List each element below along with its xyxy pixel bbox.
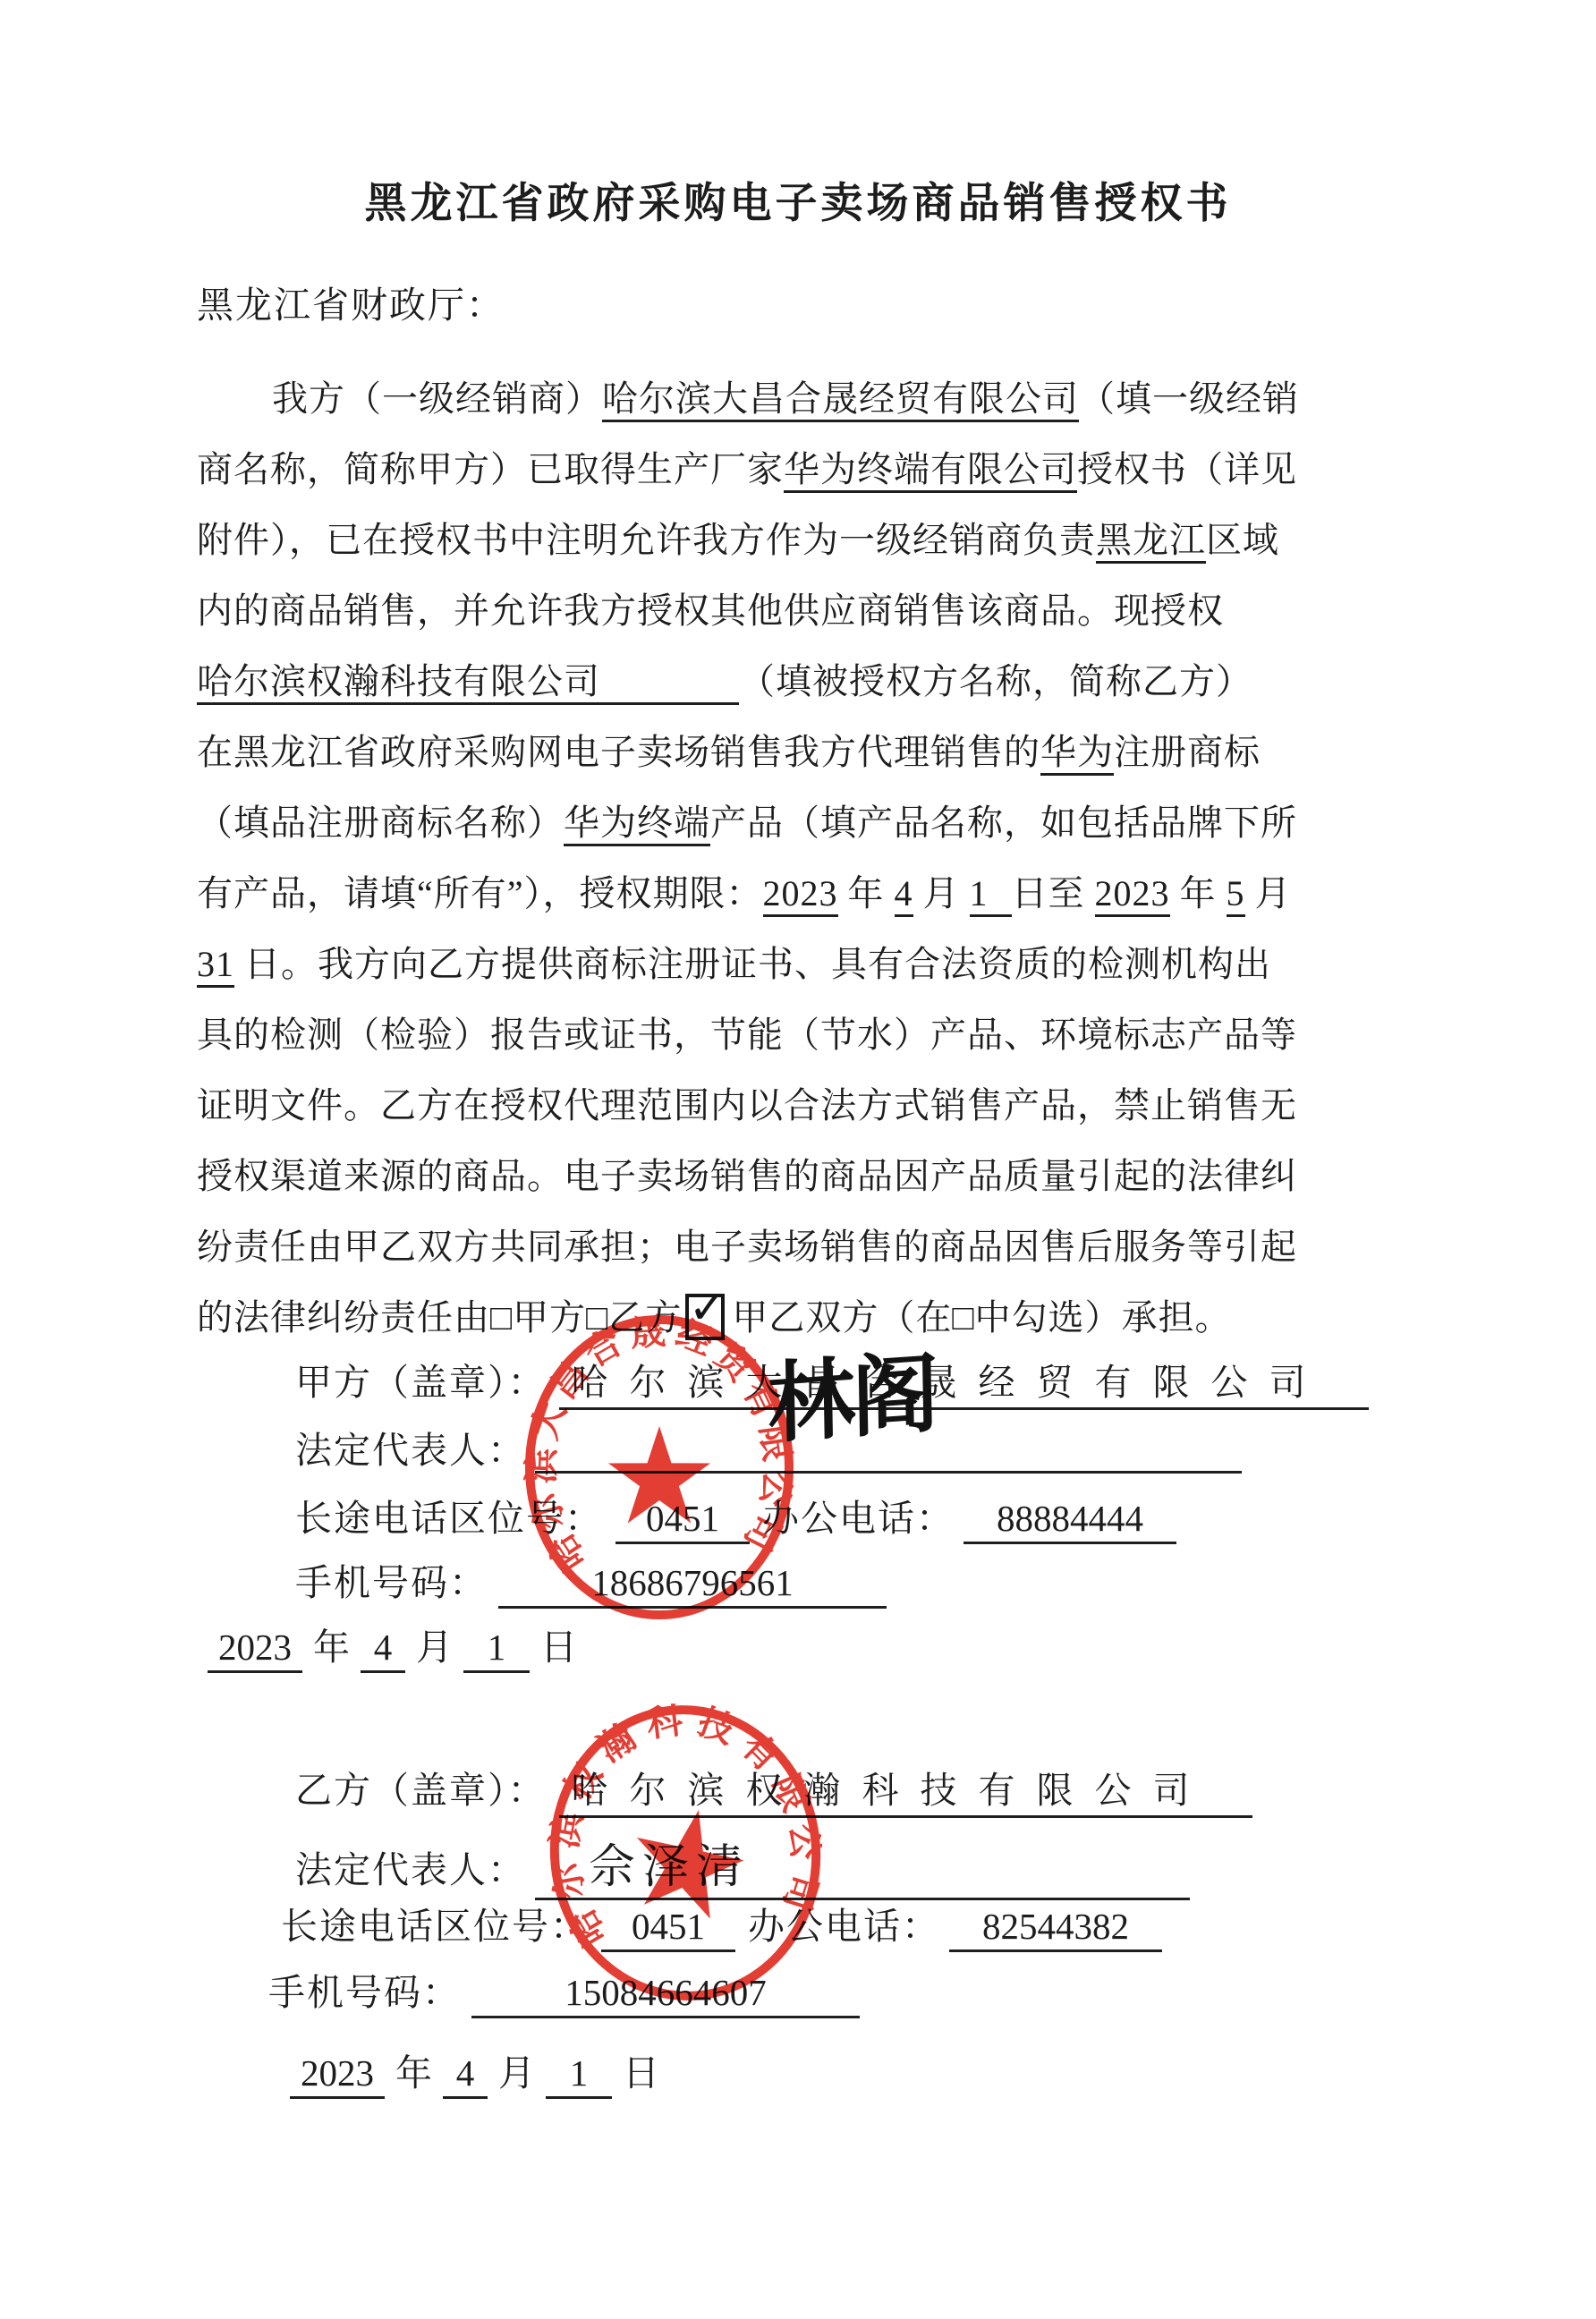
underlined-field: 华为	[1040, 732, 1114, 776]
party-b-seal-label: 乙方（盖章）：	[295, 1770, 547, 1811]
body-line: 有产品，请填“所有”），授权期限：2023 年 4 月 1日至 2023 年 5…	[197, 858, 1413, 929]
body-line: 授权渠道来源的商品。电子卖场销售的商品因产品质量引起的法律纠	[197, 1141, 1413, 1211]
day-unit: 日	[623, 2052, 659, 2094]
body-line: 附件），已在授权书中注明允许我方作为一级经销商负责黑龙江区域	[197, 505, 1413, 575]
month-unit: 月	[416, 1627, 453, 1668]
body-line: 内的商品销售，并允许我方授权其他供应商销售该商品。现授权	[197, 575, 1413, 646]
underlined-field: 2023	[763, 873, 838, 917]
body-line: 的法律纠纷责任由□甲方□乙方✓甲乙双方（在□中勾选）承担。	[197, 1282, 1413, 1353]
text-run: 纷责任由甲乙双方共同承担；电子卖场销售的商品因售后服务等引起	[197, 1227, 1297, 1267]
text-run: 年	[1170, 873, 1227, 913]
day-unit: 日	[540, 1627, 577, 1668]
party-a-office-phone-field: 88884444	[964, 1497, 1176, 1544]
text-run: 月	[913, 873, 970, 913]
party-b-rep-label: 法定代表人：	[295, 1849, 526, 1890]
text-run: 具的检测（检验）报告或证书，节能（节水）产品、环境标志产品等	[197, 1015, 1297, 1055]
text-run: 注册商标	[1114, 732, 1261, 772]
document-title: 黑龙江省政府采购电子卖场商品销售授权书	[0, 170, 1596, 230]
underlined-field: 5	[1227, 873, 1245, 917]
body-line: 哈尔滨权瀚科技有限公司（填被授权方名称，简称乙方）	[197, 646, 1413, 717]
body-line: 证明文件。乙方在授权代理范围内以合法方式销售产品，禁止销售无	[197, 1070, 1413, 1141]
party-a-mobile-label: 手机号码：	[295, 1562, 488, 1603]
text-run: 月	[1245, 873, 1292, 913]
party-b-seal-text: 哈尔滨权瀚科技有限公司	[530, 1686, 835, 1956]
party-a-seal-stamp: 哈尔滨大昌合晟经贸有限公司	[516, 1304, 802, 1627]
party-a-seal-label: 甲方（盖章）：	[295, 1362, 547, 1403]
underlined-field: 黑龙江	[1096, 520, 1206, 564]
body-line: 我方（一级经销商）哈尔滨大昌合晟经贸有限公司（填一级经销	[197, 363, 1413, 434]
year-unit: 年	[313, 1627, 350, 1668]
text-run: 附件），已在授权书中注明允许我方作为一级经销商负责	[197, 520, 1096, 560]
document-page: 黑龙江省政府采购电子卖场商品销售授权书 黑龙江省财政厅： 我方（一级经销商）哈尔…	[0, 0, 1596, 2319]
text-run: （填被授权方名称，简称乙方）	[739, 661, 1252, 701]
underlined-field: 1	[970, 873, 1012, 917]
body-lines: 我方（一级经销商）哈尔滨大昌合晟经贸有限公司（填一级经销商名称，简称甲方）已取得…	[197, 363, 1413, 1353]
text-run: 甲乙双方（在□中勾选）承担。	[732, 1297, 1231, 1338]
underlined-field: 哈尔滨权瀚科技有限公司	[197, 661, 739, 705]
addressee: 黑龙江省财政厅：	[197, 276, 505, 328]
party-b-date-row: 2023年4月1日	[290, 2043, 670, 2099]
text-run: 授权书（详见	[1077, 449, 1297, 489]
body-line: 纷责任由甲乙双方共同承担；电子卖场销售的商品因售后服务等引起	[197, 1211, 1413, 1282]
underlined-field: 4	[895, 873, 913, 917]
party-b-seal-stamp: 哈尔滨权瀚科技有限公司	[527, 1682, 845, 2024]
text-run: 年	[838, 873, 895, 913]
body-line: （填品注册商标名称）华为终端产品（填产品名称，如包括品牌下所	[197, 787, 1413, 858]
star-icon	[624, 1798, 752, 1923]
text-run: 商名称，简称甲方）已取得生产厂家	[197, 449, 784, 489]
year-unit: 年	[395, 2052, 432, 2094]
underlined-field: 2023	[1095, 873, 1170, 917]
underlined-field: 华为终端有限公司	[784, 449, 1077, 493]
text-run: 在黑龙江省政府采购网电子卖场销售我方代理销售的	[197, 732, 1040, 772]
underlined-field: 31	[197, 944, 234, 988]
party-a-date-year: 2023	[208, 1626, 302, 1673]
party-b-date-day: 1	[546, 2051, 612, 2099]
month-unit: 月	[498, 2052, 535, 2094]
text-run: 有产品，请填“所有”），授权期限：	[197, 873, 763, 913]
body-line: 31 日。我方向乙方提供商标注册证书、具有合法资质的检测机构出	[197, 929, 1413, 999]
text-run: 日。我方向乙方提供商标注册证书、具有合法资质的检测机构出	[234, 944, 1271, 984]
text-run: 证明文件。乙方在授权代理范围内以合法方式销售产品，禁止销售无	[197, 1085, 1297, 1126]
body-line: 具的检测（检验）报告或证书，节能（节水）产品、环境标志产品等	[197, 999, 1413, 1070]
underlined-field: 华为终端	[564, 803, 710, 846]
svg-text:哈尔滨权瀚科技有限公司: 哈尔滨权瀚科技有限公司	[530, 1686, 835, 1956]
text-run: 授权渠道来源的商品。电子卖场销售的商品因产品质量引起的法律纠	[197, 1156, 1297, 1196]
text-run: （填一级经销	[1079, 378, 1299, 419]
underlined-field: 哈尔滨大昌合晟经贸有限公司	[602, 378, 1079, 422]
party-a-date-month: 4	[361, 1626, 405, 1673]
party-a-signature-handwriting: 林阁	[767, 1350, 936, 1449]
text-run: 区域	[1206, 520, 1279, 560]
star-icon	[608, 1426, 710, 1524]
party-a-date-day: 1	[463, 1626, 530, 1673]
text-run: 日至	[1012, 873, 1095, 913]
text-run: （填品注册商标名称）	[197, 803, 564, 843]
party-b-date-month: 4	[443, 2051, 488, 2099]
body-line: 商名称，简称甲方）已取得生产厂家华为终端有限公司授权书（详见	[197, 434, 1413, 505]
body-line: 在黑龙江省政府采购网电子卖场销售我方代理销售的华为注册商标	[197, 717, 1413, 787]
text-run: 内的商品销售，并允许我方授权其他供应商销售该商品。现授权	[197, 590, 1224, 631]
party-b-office-phone-field: 82544382	[949, 1905, 1162, 1952]
text-run: 产品（填产品名称，如包括品牌下所	[710, 803, 1297, 843]
party-b-area-label: 长途电话区位号：	[281, 1906, 589, 1947]
party-b-date-year: 2023	[290, 2051, 385, 2099]
text-run: 我方（一级经销商）	[272, 378, 602, 419]
party-b-mobile-label: 手机号码：	[268, 1972, 461, 2013]
party-a-rep-label: 法定代表人：	[295, 1430, 526, 1471]
